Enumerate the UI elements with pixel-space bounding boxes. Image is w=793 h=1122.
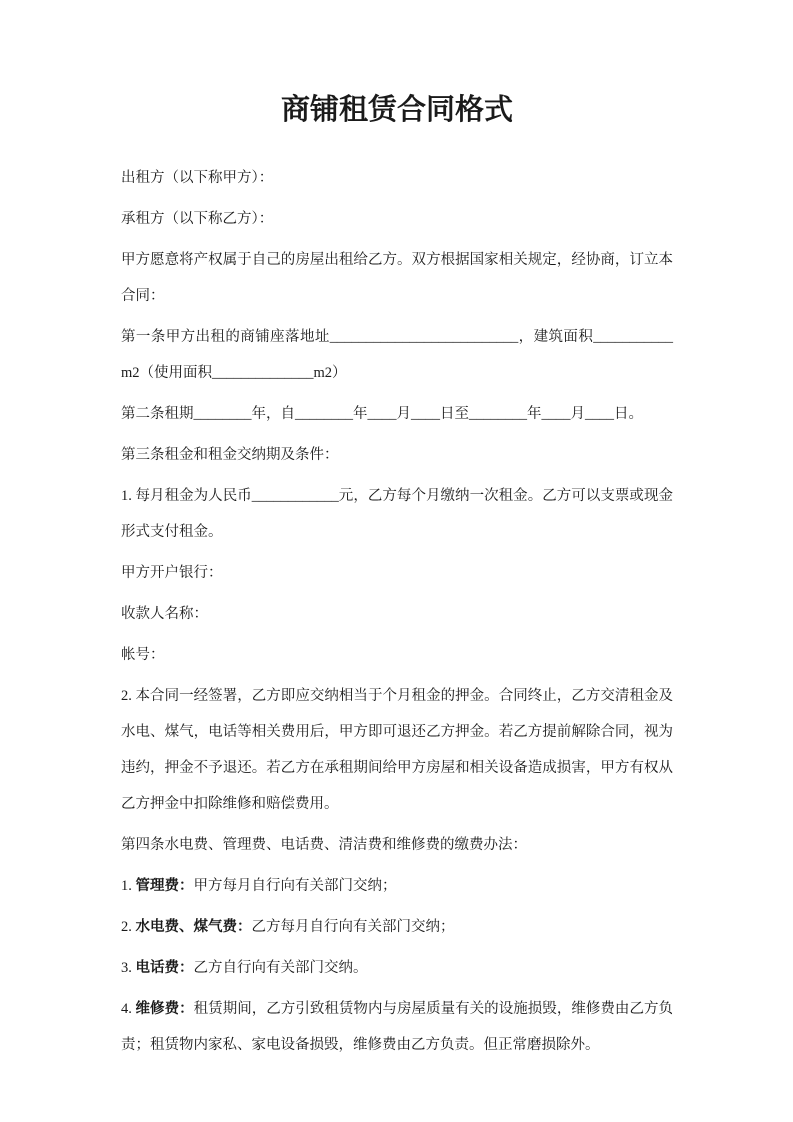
paragraph-text-bold: 管理费： — [136, 878, 194, 894]
paragraph: 第二条租期________年，自________年____月____日至____… — [121, 396, 673, 432]
paragraph: 第四条水电费、管理费、电话费、清洁费和维修费的缴费办法： — [121, 827, 673, 863]
paragraph: 帐号： — [121, 637, 673, 673]
paragraph: 第三条租金和租金交纳期及条件： — [121, 437, 673, 473]
paragraph: 承租方（以下称乙方）： — [121, 201, 673, 237]
paragraph-text-bold: 水电费、煤气费： — [136, 919, 252, 935]
paragraph-text: 3. — [121, 960, 136, 976]
paragraph-text-bold: 电话费： — [136, 960, 194, 976]
paragraph-text: 收款人名称： — [121, 606, 208, 622]
paragraph-text: 甲方愿意将产权属于自己的房屋出租给乙方。双方根据国家相关规定，经协商，订立本合同… — [121, 252, 673, 304]
paragraph-text-bold: 维修费： — [136, 1001, 194, 1017]
paragraph: 4. 维修费：租赁期间，乙方引致租赁物内与房屋质量有关的设施损毁，维修费由乙方负… — [121, 991, 673, 1063]
paragraph-text: 4. — [121, 1001, 136, 1017]
document-page: 商铺租赁合同格式 出租方（以下称甲方）：承租方（以下称乙方）：甲方愿意将产权属于… — [0, 0, 793, 1122]
paragraph: 甲方愿意将产权属于自己的房屋出租给乙方。双方根据国家相关规定，经协商，订立本合同… — [121, 242, 673, 314]
paragraph-text: 1. 每月租金为人民币____________元，乙方每个月缴纳一次租金。乙方可… — [121, 488, 673, 540]
paragraph-text: 租赁期间，乙方引致租赁物内与房屋质量有关的设施损毁，维修费由乙方负责；租赁物内家… — [121, 1001, 673, 1053]
paragraph-text: 1. — [121, 878, 136, 894]
paragraph: 3. 电话费：乙方自行向有关部门交纳。 — [121, 950, 673, 986]
paragraph-text: 乙方自行向有关部门交纳。 — [194, 960, 368, 976]
document-body: 出租方（以下称甲方）：承租方（以下称乙方）：甲方愿意将产权属于自己的房屋出租给乙… — [121, 160, 673, 1063]
paragraph-text: 出租方（以下称甲方）： — [121, 170, 273, 186]
paragraph-text: 2. 本合同一经签署，乙方即应交纳相当于个月租金的押金。合同终止，乙方交清租金及… — [121, 688, 673, 812]
paragraph: 收款人名称： — [121, 596, 673, 632]
paragraph-text: 2. — [121, 919, 136, 935]
paragraph-text: 甲方每月自行向有关部门交纳； — [194, 878, 397, 894]
paragraph-text: 第一条甲方出租的商铺座落地址__________________________… — [121, 329, 673, 381]
paragraph-text: 甲方开户银行： — [121, 565, 223, 581]
paragraph: 甲方开户银行： — [121, 555, 673, 591]
paragraph-text: 乙方每月自行向有关部门交纳； — [252, 919, 455, 935]
paragraph-text: 第四条水电费、管理费、电话费、清洁费和维修费的缴费办法： — [121, 837, 527, 853]
paragraph: 第一条甲方出租的商铺座落地址__________________________… — [121, 319, 673, 391]
paragraph-text: 第三条租金和租金交纳期及条件： — [121, 447, 339, 463]
paragraph-text: 帐号： — [121, 647, 165, 663]
paragraph: 2. 水电费、煤气费：乙方每月自行向有关部门交纳； — [121, 909, 673, 945]
paragraph-text: 第二条租期________年，自________年____月____日至____… — [121, 406, 643, 422]
document-title: 商铺租赁合同格式 — [121, 90, 673, 130]
paragraph: 2. 本合同一经签署，乙方即应交纳相当于个月租金的押金。合同终止，乙方交清租金及… — [121, 678, 673, 822]
paragraph-text: 承租方（以下称乙方）： — [121, 211, 273, 227]
paragraph: 出租方（以下称甲方）： — [121, 160, 673, 196]
paragraph: 1. 每月租金为人民币____________元，乙方每个月缴纳一次租金。乙方可… — [121, 478, 673, 550]
paragraph: 1. 管理费：甲方每月自行向有关部门交纳； — [121, 868, 673, 904]
